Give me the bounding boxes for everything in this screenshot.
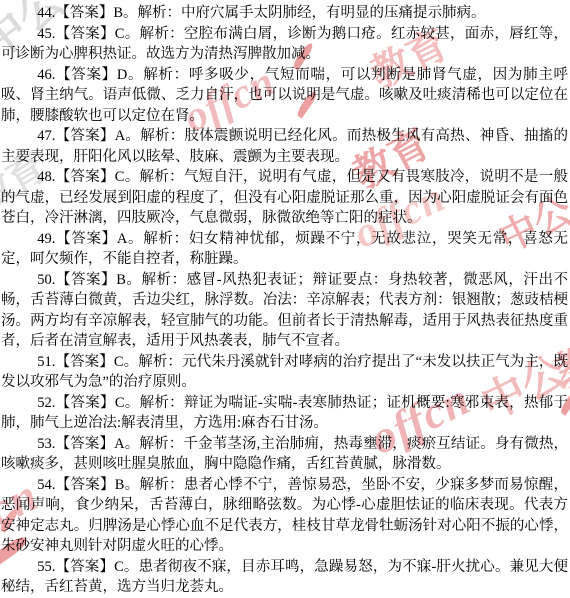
answer-item-48: 48.【答案】C。解析：气短自汗，说明有气虚，但是又有畏寒肢冷，说明不是一般的气…	[1, 167, 568, 229]
answer-letter: A	[114, 436, 124, 452]
answer-label: 【答案】	[55, 128, 114, 144]
answer-label: 【答案】	[55, 26, 114, 42]
analysis-text: 中府穴属手太阴肺经，有明显的压痛提示肺病。	[181, 5, 486, 21]
answer-label: 【答案】	[55, 395, 114, 411]
answer-label: 【答案】	[55, 436, 114, 452]
analysis-label: 。解析：	[127, 67, 188, 83]
answer-label: 【答案】	[55, 559, 114, 575]
answer-item-52: 52.【答案】C。解析：辩证为喘证-实喘-表寒肺热证；证机概要:寒邪束表，热郁于…	[1, 393, 568, 434]
question-number: 55.	[37, 559, 55, 575]
question-number: 52.	[37, 395, 55, 411]
analysis-label: 。解析：	[124, 26, 183, 42]
answer-letter: A	[115, 128, 125, 144]
answer-item-55: 55.【答案】C。患者彻夜不寐，目赤耳鸣，急躁易怒，为不寐-肝火扰心。兼见大便秘…	[1, 557, 568, 598]
answer-label: 【答案】	[55, 231, 116, 247]
answer-item-50: 50.【答案】B。解析：感冒-风热犯表证；辩证要点：身热较著，微恶风，汗出不畅，…	[1, 270, 568, 352]
answer-label: 【答案】	[55, 67, 116, 83]
answer-label: 【答案】	[55, 272, 116, 288]
analysis-label: 。解析：	[124, 477, 183, 493]
analysis-label: 。解析：	[125, 128, 184, 144]
answer-letter: B	[113, 5, 123, 21]
answer-label: 【答案】	[55, 5, 113, 21]
answer-item-51: 51.【答案】C。解析：元代朱丹溪就针对哮病的治疗提出了“未发以扶正气为主，既发…	[1, 352, 568, 393]
answer-item-53: 53.【答案】A。解析：千金苇茎汤,主治肺痈，热毒壅滞，痰瘀互结证。身有微热，咳…	[1, 434, 568, 475]
answer-label: 【答案】	[55, 354, 114, 370]
answer-letter: B	[116, 272, 126, 288]
question-number: 54.	[37, 477, 55, 493]
answer-letter: D	[117, 67, 127, 83]
analysis-label: 。解析：	[124, 169, 183, 185]
question-number: 48.	[37, 169, 55, 185]
analysis-label: 。解析：	[125, 395, 184, 411]
answer-letter: C	[115, 395, 125, 411]
answer-letter: C	[114, 354, 124, 370]
question-number: 46.	[37, 67, 55, 83]
answer-letter: A	[117, 231, 127, 247]
analysis-label: 。解析：	[127, 231, 188, 247]
analysis-label: 。	[124, 559, 139, 575]
answer-item-44: 44.【答案】B。解析：中府穴属手太阴肺经，有明显的压痛提示肺病。	[1, 3, 568, 24]
question-number: 50.	[37, 272, 55, 288]
answer-label: 【答案】	[55, 477, 114, 493]
analysis-label: 。解析：	[124, 354, 183, 370]
question-number: 51.	[37, 354, 55, 370]
document-page: 中公 教育 offcn 教育 教育 offcn 中公 中公 教育 offcn o…	[0, 0, 570, 598]
question-number: 53.	[37, 436, 55, 452]
question-number: 47.	[37, 128, 55, 144]
analysis-label: 。解析：	[126, 272, 187, 288]
answer-label: 【答案】	[55, 169, 114, 185]
question-number: 44.	[37, 5, 55, 21]
answer-item-49: 49.【答案】A。解析：妇女精神忧郁，烦躁不宁，无故悲泣，哭笑无常，喜怒无定，呵…	[1, 229, 568, 270]
answers-list: 44.【答案】B。解析：中府穴属手太阴肺经，有明显的压痛提示肺病。 45.【答案…	[0, 0, 570, 598]
answer-item-45: 45.【答案】C。解析：空腔布满白屑，诊断为鹅口疮。红赤较甚，面赤，唇红等，可诊…	[1, 24, 568, 65]
answer-letter: C	[114, 559, 124, 575]
answer-item-46: 46.【答案】D。解析：呼多吸少，气短而喘，可以判断是肺肾气虚，因为肺主呼吸、肾…	[1, 65, 568, 127]
question-number: 49.	[37, 231, 55, 247]
question-number: 45.	[37, 26, 55, 42]
analysis-label: 。解析：	[125, 436, 184, 452]
analysis-label: 。解析：	[123, 5, 181, 21]
answer-item-54: 54.【答案】B。解析：患者心悸不宁，善惊易恐，坐卧不安，少寐多梦而易惊醒，恶闻…	[1, 475, 568, 557]
answer-item-47: 47.【答案】A。解析：肢体震颤说明已经化风。而热极生风有高热、神昏、抽搐的主要…	[1, 126, 568, 167]
